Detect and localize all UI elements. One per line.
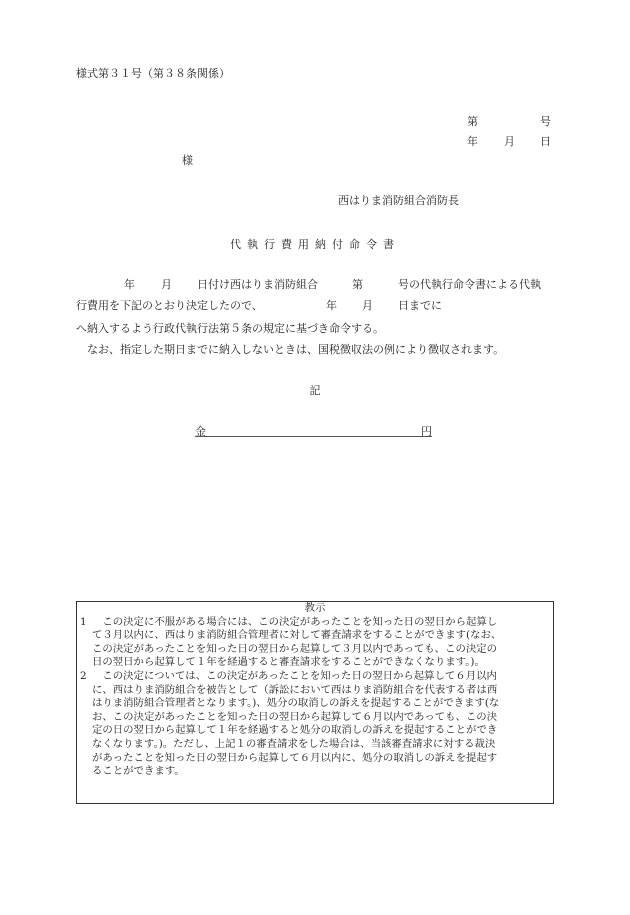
notice-line: て３月以内に、西はりま消防組合管理者に対して審査請求をすることができます(なお、: [92, 629, 550, 643]
order-number-prefix: 第: [352, 276, 363, 292]
notice-line: ることができます。: [92, 765, 550, 779]
notice-line: この決定に不服がある場合には、この決定があったことを知った日の翌日から起算し: [92, 616, 550, 630]
due-year-label: 年: [326, 297, 337, 313]
addressee-honorific: 様: [182, 155, 193, 166]
amount-prefix: 金: [195, 423, 206, 439]
notice-line: この決定があったことを知った日の翌日から起算して３月以内であっても、この決定の: [92, 643, 550, 657]
due-month-label: 月: [362, 297, 373, 313]
notice-line: お、この決定があったことを知った日の翌日から起算して６月以内であっても、この決: [92, 711, 550, 725]
notice-line: があったことを知った日の翌日から起算して６月以内に、処分の取消しの訴えを提起す: [92, 752, 550, 766]
notice-item-number: 1: [80, 616, 92, 670]
issue-day-label: 日: [540, 136, 551, 147]
notice-item-1: 1 この決定に不服がある場合には、この決定があったことを知った日の翌日から起算し…: [80, 616, 550, 670]
issuer-name: 西はりま消防組合消防長: [338, 195, 459, 206]
body-line-2b: 日までに: [398, 297, 442, 313]
ki-heading: 記: [0, 385, 630, 396]
notice-line: この決定については、この決定があったことを知った日の翌日から起算して６月以内: [92, 670, 550, 684]
notice-line: に、西はりま消防組合を被告として（訴訟において西はりま消防組合を代表する者は西: [92, 684, 550, 698]
body-line-3: へ納入するよう行政代執行法第５条の規定に基づき命令する。: [76, 320, 384, 336]
notice-line: はりま消防組合管理者となります。)、処分の取消しの訴えを提起することができます(…: [92, 697, 550, 711]
notice-item-2: 2 この決定については、この決定があったことを知った日の翌日から起算して６月以内…: [80, 670, 550, 779]
document-title: 代執行費用納付命令書: [0, 236, 630, 252]
notice-line: 日の翌日から起算して１年を経過すると審査請求をすることができなくなります。)。: [92, 656, 550, 670]
form-number: 様式第３１号（第３８条関係）: [76, 68, 230, 79]
notice-item-number: 2: [80, 670, 92, 779]
document-number-suffix: 号: [540, 116, 551, 127]
body-line-4: なお、指定した期日までに納入しないときは、国税徴収法の例により徴収されます。: [76, 341, 504, 357]
issue-year-label: 年: [467, 136, 478, 147]
amount-suffix: 円: [421, 423, 432, 439]
body-line-2a: 行費用を下記のとおり決定したので、: [76, 297, 263, 313]
appeal-notice-box: 教示 1 この決定に不服がある場合には、この決定があったことを知った日の翌日から…: [76, 601, 554, 804]
document-number-prefix: 第: [467, 116, 478, 127]
amount-field: 金 円: [195, 423, 432, 437]
notice-line: なくなります。)。ただし、上記１の審査請求をした場合は、当該審査請求に対する裁決: [92, 738, 550, 752]
order-month-label: 月: [161, 276, 172, 292]
body-line-1b: 号の代執行命令書による代執: [398, 276, 541, 292]
body-line-1a: 日付け西はりま消防組合: [197, 276, 318, 292]
order-year-label: 年: [124, 276, 135, 292]
notice-line: 定の日の翌日から起算して１年を経過すると処分の取消しの訴えを提起することができ: [92, 724, 550, 738]
issue-month-label: 月: [504, 136, 515, 147]
notice-heading: 教示: [80, 602, 550, 616]
